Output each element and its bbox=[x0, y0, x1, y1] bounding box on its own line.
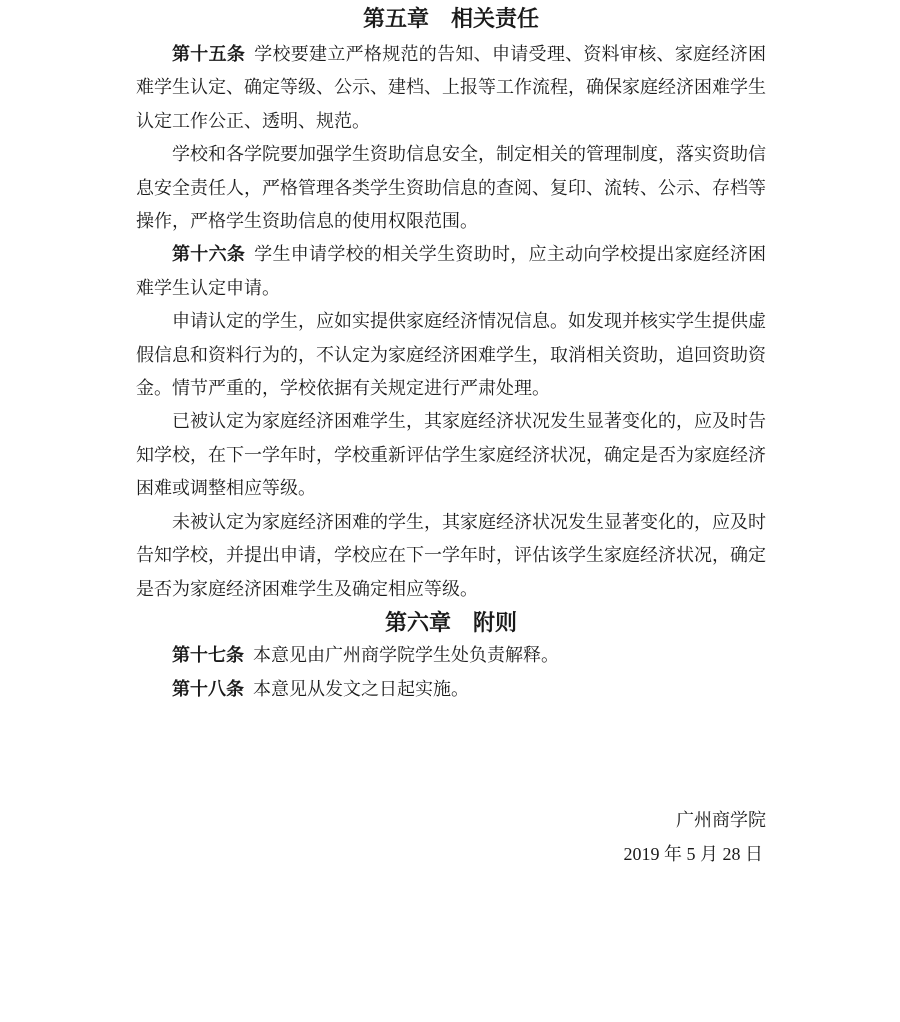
signature-block: 广州商学院 2019 年 5 月 28 日 bbox=[136, 804, 766, 871]
article-17-paragraph: 第十七条本意见由广州商学院学生处负责解释。 bbox=[136, 639, 766, 672]
document-page: 第五章 相关责任 第十五条学校要建立严格规范的告知、申请受理、资料审核、家庭经济… bbox=[0, 0, 900, 1022]
signature-date: 2019 年 5 月 28 日 bbox=[136, 838, 766, 871]
article-15-number-label: 第十五条 bbox=[172, 44, 245, 64]
chapter-5-heading: 第五章 相关责任 bbox=[136, 0, 766, 38]
article-16-paragraph: 第十六条学生申请学校的相关学生资助时，应主动向学校提出家庭经济困难学生认定申请。 bbox=[136, 238, 766, 305]
paragraph-unrecognized-change: 未被认定为家庭经济困难的学生，其家庭经济状况发生显著变化的，应及时告知学校，并提… bbox=[136, 506, 766, 606]
article-18-paragraph: 第十八条本意见从发文之日起实施。 bbox=[136, 673, 766, 706]
paragraph-truthful-info: 申请认定的学生，应如实提供家庭经济情况信息。如发现并核实学生提供虚假信息和资料行… bbox=[136, 305, 766, 405]
paragraph-recognized-change: 已被认定为家庭经济困难学生，其家庭经济状况发生显著变化的，应及时告知学校，在下一… bbox=[136, 405, 766, 505]
chapter-6-heading: 第六章 附则 bbox=[136, 606, 766, 639]
article-17-text: 本意见由广州商学院学生处负责解释。 bbox=[253, 645, 559, 665]
article-18-number-label: 第十八条 bbox=[172, 679, 244, 699]
paragraph-info-security: 学校和各学院要加强学生资助信息安全，制定相关的管理制度，落实资助信息安全责任人，… bbox=[136, 138, 766, 238]
article-16-number-label: 第十六条 bbox=[172, 244, 245, 264]
article-17-number-label: 第十七条 bbox=[172, 645, 244, 665]
signature-organization: 广州商学院 bbox=[136, 804, 766, 837]
article-18-text: 本意见从发文之日起实施。 bbox=[253, 679, 469, 699]
article-15-paragraph: 第十五条学校要建立严格规范的告知、申请受理、资料审核、家庭经济困难学生认定、确定… bbox=[136, 38, 766, 138]
